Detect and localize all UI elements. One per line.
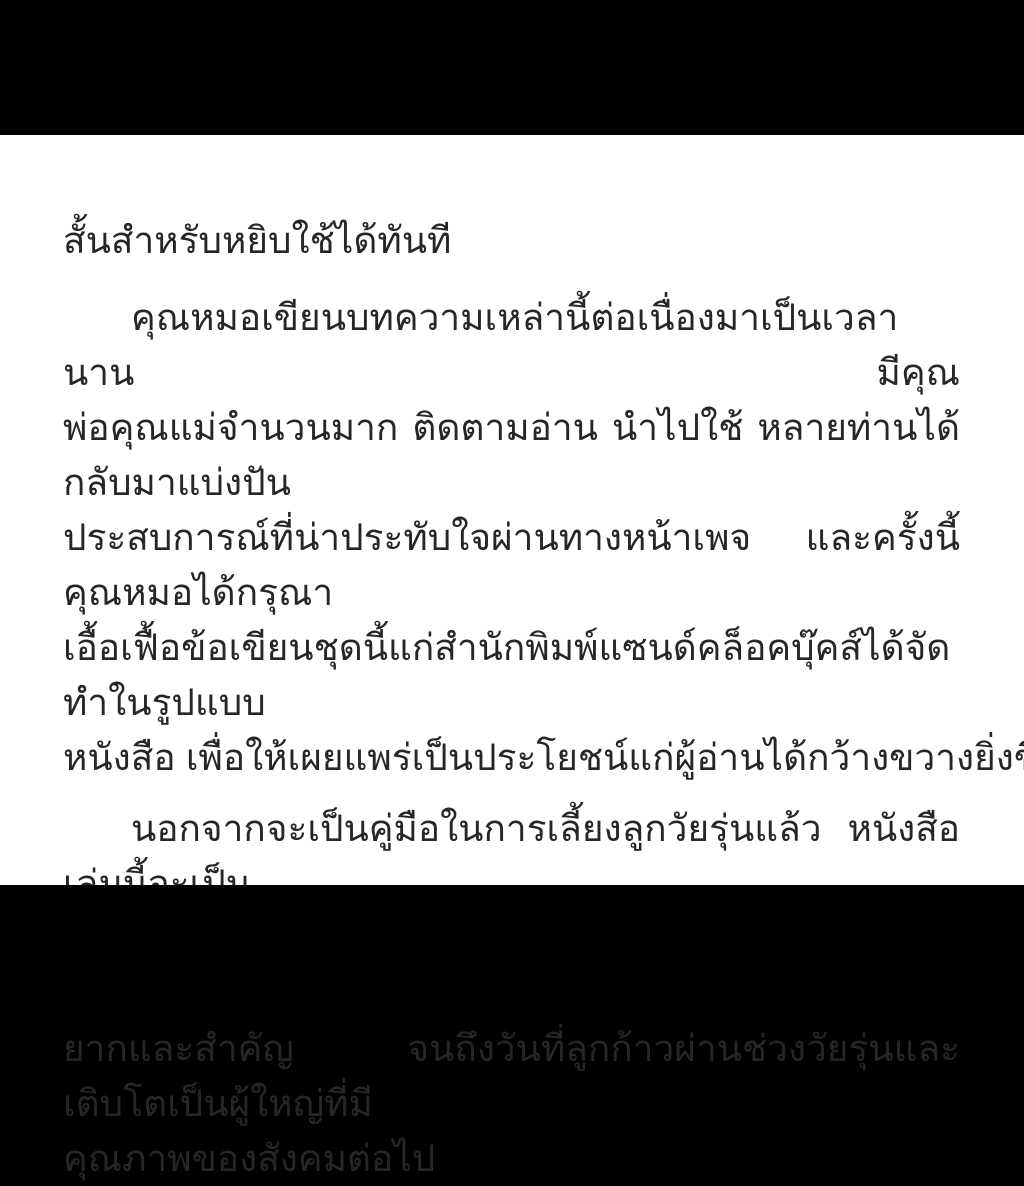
paragraph-1-line-4: เอื้อเฟื้อข้อเขียนชุดนี้แก่สำนักพิมพ์แซน…: [63, 620, 960, 730]
paragraph-1-line-2: พ่อคุณแม่จำนวนมาก ติดตามอ่าน นำไปใช้ หลา…: [63, 400, 960, 510]
paragraph-1-line-3: ประสบการณ์ที่น่าประทับใจผ่านทางหน้าเพจ แ…: [63, 510, 960, 620]
section-heading-line: สั้นสำหรับหยิบใช้ได้ทันที: [63, 213, 960, 268]
paragraph-1: คุณหมอเขียนบทความเหล่านี้ต่อเนื่องมาเป็น…: [63, 290, 960, 785]
letterbox-top-bar: [0, 0, 1024, 135]
paragraph-1-line-5: หนังสือ เพื่อให้เผยแพร่เป็นประโยชน์แก่ผู…: [63, 730, 960, 785]
letterbox-bottom-bar: [0, 885, 1024, 1024]
screenshot-root: { "colors": { "letterbox": "#000000", "p…: [0, 0, 1024, 1024]
book-page: สั้นสำหรับหยิบใช้ได้ทันที คุณหมอเขียนบทค…: [0, 135, 1024, 885]
paragraph-1-line-1: คุณหมอเขียนบทความเหล่านี้ต่อเนื่องมาเป็น…: [63, 290, 960, 400]
